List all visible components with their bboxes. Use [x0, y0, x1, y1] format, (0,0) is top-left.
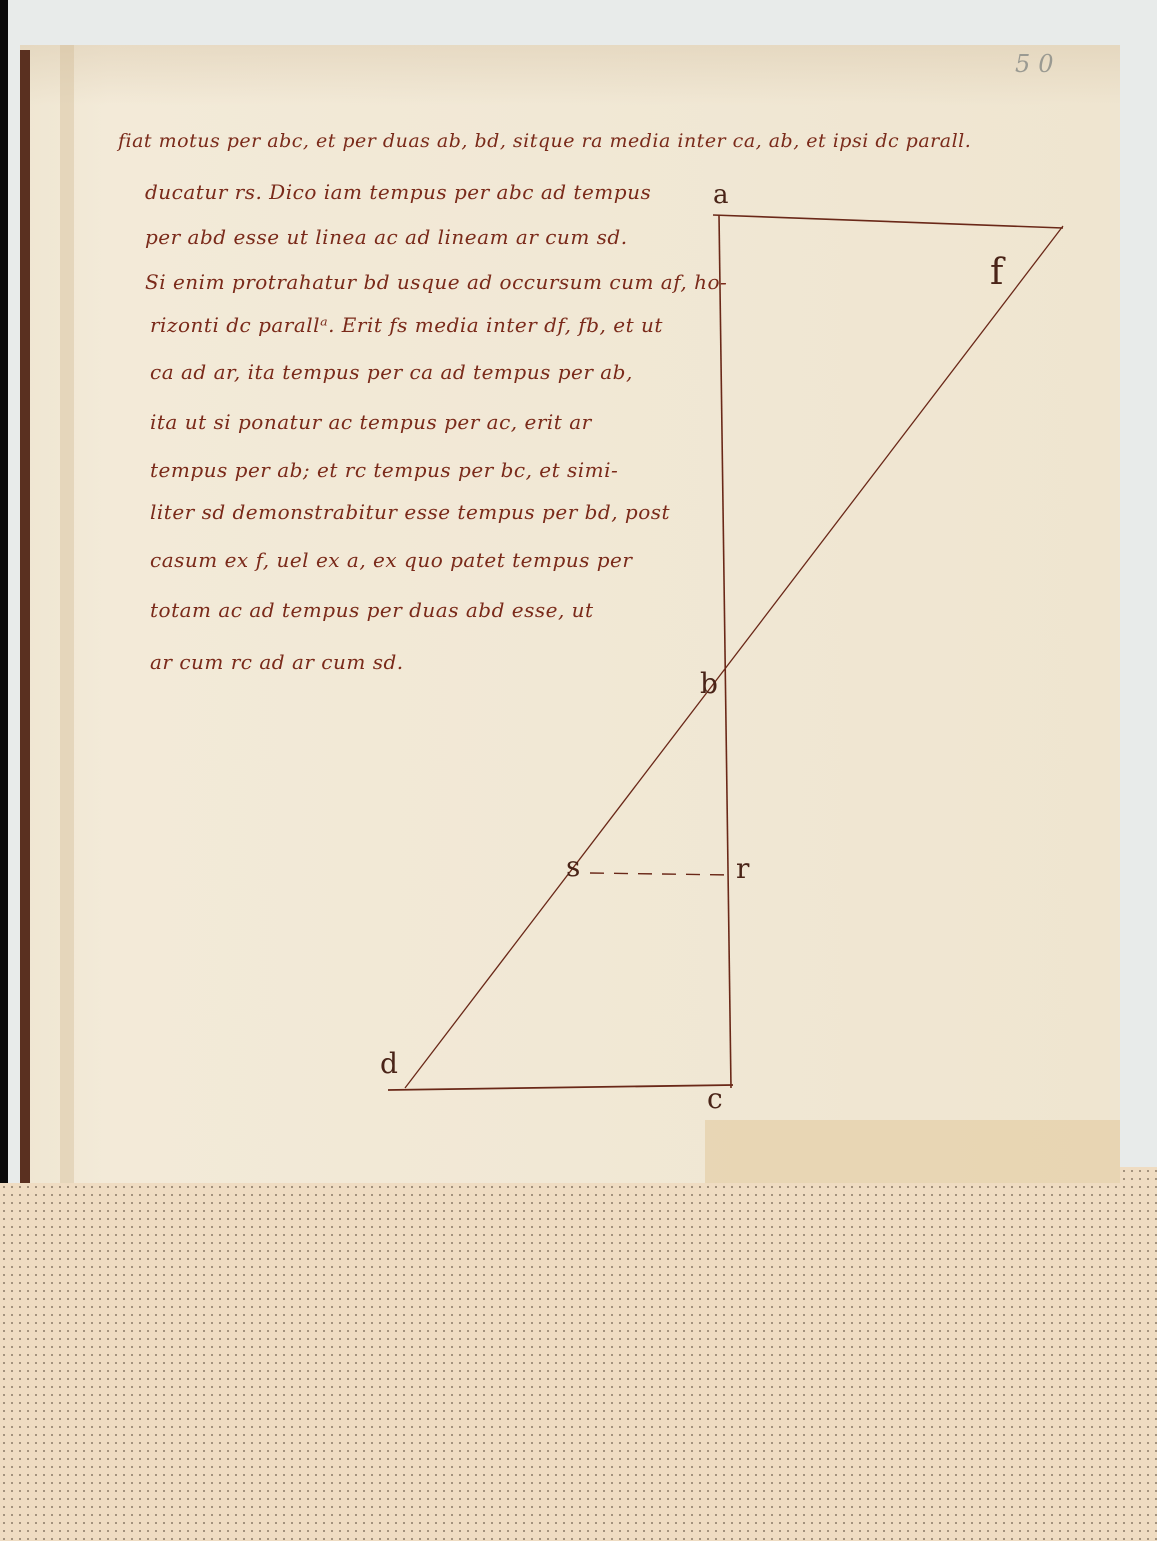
line-fd: [405, 226, 1063, 1088]
label-d: d: [380, 1050, 398, 1078]
label-a: a: [713, 182, 729, 208]
label-c: c: [707, 1085, 723, 1113]
empty-region-pattern: [0, 1183, 1157, 1541]
label-r: r: [736, 855, 749, 883]
line-ac: [719, 215, 731, 1088]
line-sr-dashed: [590, 873, 733, 875]
line-dc: [388, 1085, 733, 1090]
line-af: [713, 215, 1063, 228]
label-f: f: [990, 255, 1003, 291]
label-b: b: [700, 670, 718, 698]
label-s: s: [566, 853, 580, 881]
